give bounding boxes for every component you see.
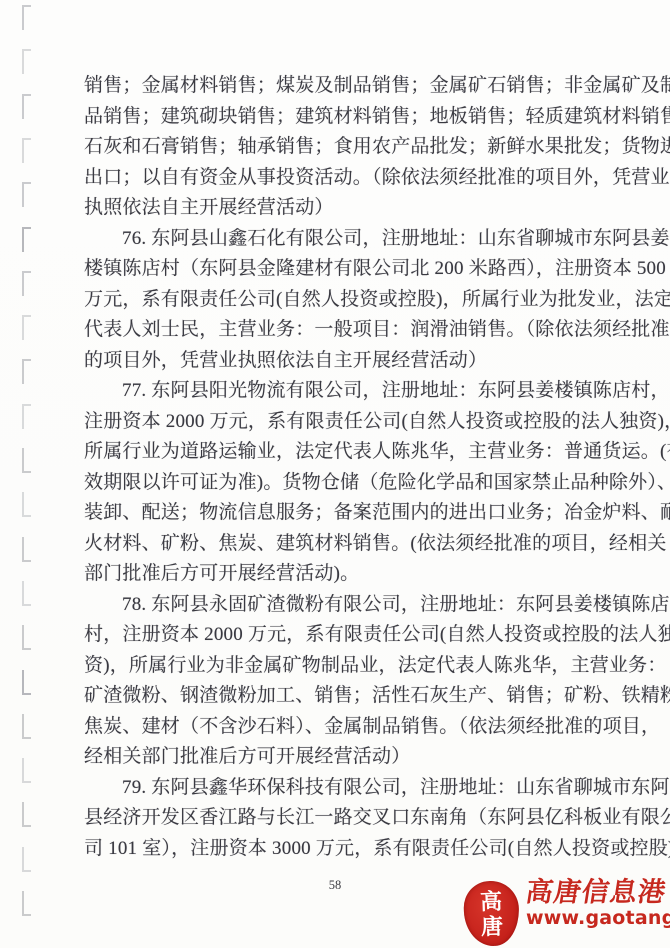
text-line: 石灰和石膏销售；轴承销售；食用农产品批发；新鲜水果批发；货物进 [84, 132, 593, 163]
text-line: 注册资本 2000 万元，系有限责任公司(自然人投资或控股的法人独资)， [84, 407, 593, 438]
text-line: 火材料、矿粉、焦炭、建筑材料销售。(依法须经批准的项目，经相关 [84, 529, 593, 560]
text-line: 78. 东阿县永固矿渣微粉有限公司，注册地址：东阿县姜楼镇陈店 [84, 590, 593, 621]
binding-mark [22, 182, 31, 207]
text-line: 部门批准后方可开展经营活动)。 [84, 559, 593, 590]
binding-mark [22, 271, 31, 296]
seal-char-bottom: 唐 [480, 913, 503, 939]
site-url: www.gaotang.cc [526, 908, 670, 929]
text-line: 品销售；建筑砌块销售；建筑材料销售；地板销售；轻质建筑材料销售； [84, 102, 593, 133]
text-line: 楼镇陈店村（东阿县金隆建材有限公司北 200 米路西），注册资本 500 [84, 254, 593, 285]
text-line: 装卸、配送；物流信息服务；备案范围内的进出口业务；冶金炉料、耐 [84, 498, 593, 529]
binding-mark [22, 404, 31, 429]
text-line: 资)，所属行业为非金属矿物制品业，法定代表人陈兆华，主营业务： [84, 651, 593, 682]
text-line: 77. 东阿县阳光物流有限公司，注册地址：东阿县姜楼镇陈店村， [84, 376, 593, 407]
text-line: 村，注册资本 2000 万元，系有限责任公司(自然人投资或控股的法人独 [84, 620, 593, 651]
document-text: 销售；金属材料销售；煤炭及制品销售；金属矿石销售；非金属矿及制品销售；建筑砌块销… [84, 71, 593, 864]
binding-mark [22, 315, 31, 340]
binding-mark [22, 94, 31, 119]
scanned-document-page: 销售；金属材料销售；煤炭及制品销售；金属矿石销售；非金属矿及制品销售；建筑砌块销… [0, 0, 670, 948]
binding-mark [22, 670, 31, 695]
binding-mark [22, 802, 31, 827]
text-line: 销售；金属材料销售；煤炭及制品销售；金属矿石销售；非金属矿及制 [84, 71, 593, 102]
watermark-text: 高唐信息港 www.gaotang.cc [526, 876, 670, 929]
binding-mark [22, 581, 31, 606]
text-line: 76. 东阿县山鑫石化有限公司，注册地址：山东省聊城市东阿县姜 [84, 224, 593, 255]
binding-mark [22, 49, 31, 74]
site-watermark: 高 唐 高唐信息港 www.gaotang.cc [464, 876, 668, 948]
text-line: 焦炭、建材（不含沙石料）、金属制品销售。（依法须经批准的项目， [84, 712, 593, 743]
text-line: 的项目外，凭营业执照依法自主开展经营活动） [84, 346, 593, 377]
site-name: 高唐信息港 [523, 876, 670, 908]
text-line: 万元，系有限责任公司(自然人投资或控股)，所属行业为批发业，法定 [84, 285, 593, 316]
text-line: 矿渣微粉、钢渣微粉加工、销售；活性石灰生产、销售；矿粉、铁精粉、 [84, 681, 593, 712]
binding-mark [22, 359, 31, 384]
text-line: 效期限以许可证为准)。货物仓储（危险化学品和国家禁止品种除外）、 [84, 468, 593, 499]
text-line: 出口；以自有资金从事投资活动。（除依法须经批准的项目外，凭营业 [84, 163, 593, 194]
binding-mark [22, 714, 31, 739]
text-line: 司 101 室），注册资本 3000 万元，系有限责任公司(自然人投资或控股)， [84, 834, 593, 865]
binding-mark [22, 227, 31, 252]
binding-mark [22, 492, 31, 517]
binding-mark [22, 138, 31, 163]
binding-mark [22, 625, 31, 650]
seal-char-top: 高 [480, 888, 503, 914]
text-line: 执照依法自主开展经营活动） [84, 193, 593, 224]
text-line: 所属行业为道路运输业，法定代表人陈兆华，主营业务：普通货运。(有 [84, 437, 593, 468]
text-line: 代表人刘士民，主营业务：一般项目：润滑油销售。（除依法须经批准 [84, 315, 593, 346]
gaotang-seal-icon: 高 唐 [463, 880, 520, 947]
text-line: 经相关部门批准后方可开展经营活动） [84, 742, 593, 773]
binding-mark [22, 891, 31, 916]
binding-marks [0, 0, 50, 948]
text-line: 79. 东阿县鑫华环保科技有限公司，注册地址：山东省聊城市东阿 [84, 773, 593, 804]
binding-mark [22, 537, 31, 562]
binding-mark [22, 448, 31, 473]
binding-mark [22, 758, 31, 783]
text-line: 县经济开发区香江路与长江一路交叉口东南角（东阿县亿科板业有限公 [84, 803, 593, 834]
binding-mark [22, 5, 31, 30]
binding-mark [22, 847, 31, 872]
